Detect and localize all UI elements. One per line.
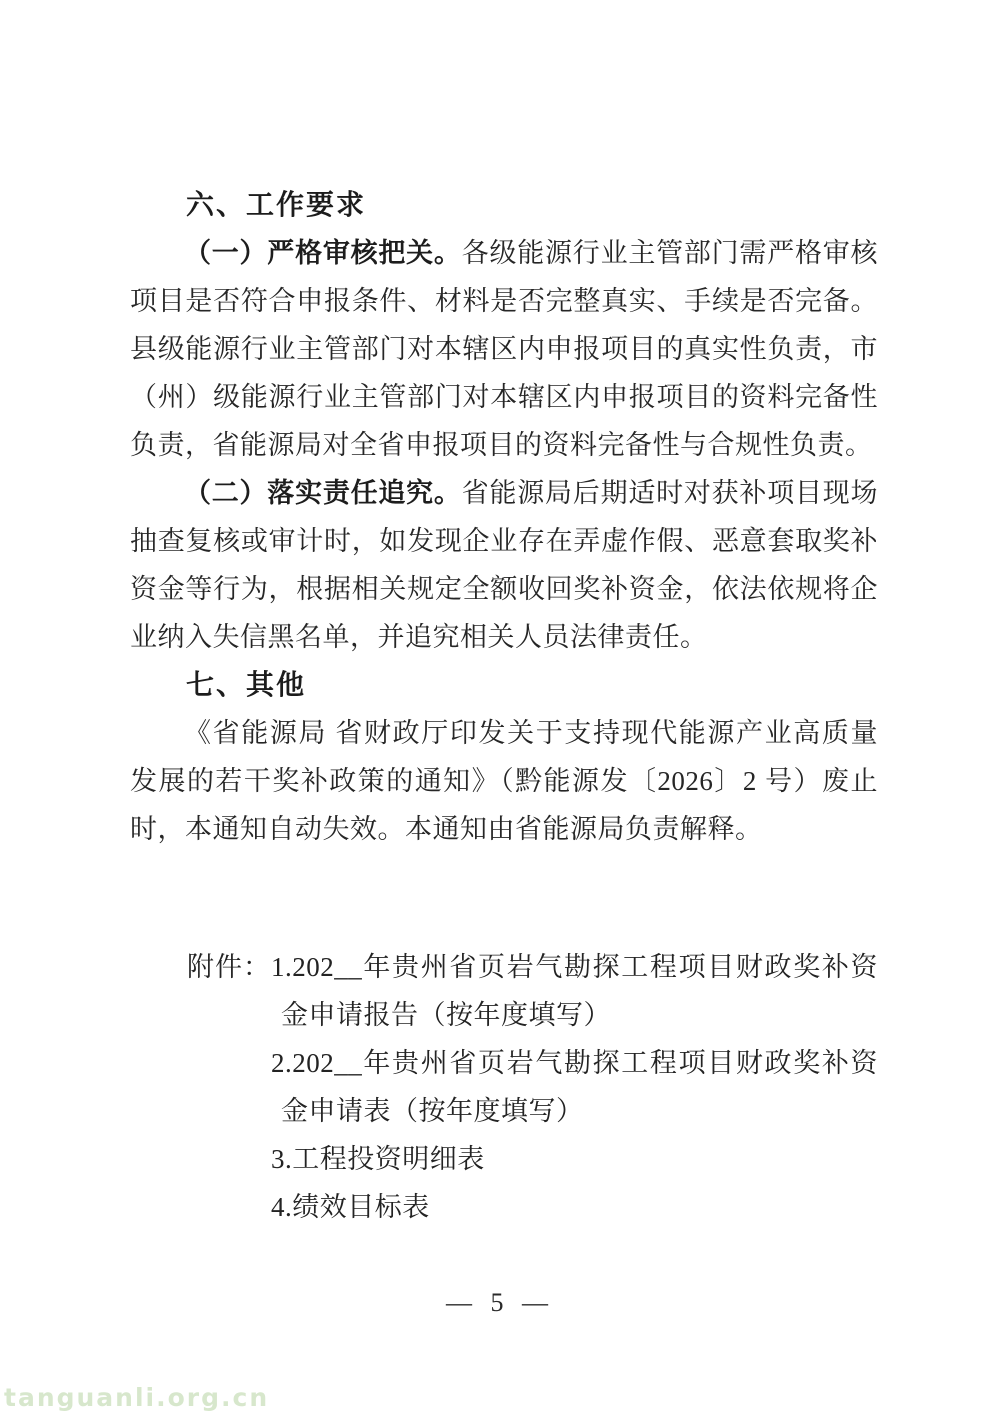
document-page: 六、工作要求 （一）严格审核把关。各级能源行业主管部门需严格审核项目是否符合申报…	[0, 0, 1000, 1414]
attachments-block: 附件： 1.202__年贵州省页岩气勘探工程项目财政奖补资金申请报告（按年度填写…	[130, 943, 878, 1231]
para-strict-review-lead: （一）严格审核把关。	[184, 238, 462, 268]
attachment-item-3: 3.工程投资明细表	[271, 1135, 878, 1183]
attachments-list: 1.202__年贵州省页岩气勘探工程项目财政奖补资金申请报告（按年度填写） 2.…	[271, 943, 878, 1231]
para-accountability: （二）落实责任追究。省能源局后期适时对获补项目现场抽查复核或审计时，如发现企业存…	[130, 469, 878, 661]
attachment-item-1: 1.202__年贵州省页岩气勘探工程项目财政奖补资金申请报告（按年度填写）	[271, 943, 878, 1039]
para-strict-review-body: 各级能源行业主管部门需严格审核项目是否符合申报条件、材料是否完整真实、手续是否完…	[130, 238, 878, 460]
attachment-item-2: 2.202__年贵州省页岩气勘探工程项目财政奖补资金申请表（按年度填写）	[271, 1039, 878, 1135]
para-strict-review: （一）严格审核把关。各级能源行业主管部门需严格审核项目是否符合申报条件、材料是否…	[130, 229, 878, 469]
page-number: — 5 —	[0, 1288, 1000, 1318]
attachments-label: 附件：	[187, 943, 271, 991]
document-body: 六、工作要求 （一）严格审核把关。各级能源行业主管部门需严格审核项目是否符合申报…	[130, 181, 878, 1231]
section-6-heading: 六、工作要求	[130, 181, 878, 229]
attachment-item-4: 4.绩效目标表	[271, 1183, 878, 1231]
para-accountability-lead: （二）落实责任追究。	[184, 478, 462, 508]
para-other: 《省能源局 省财政厅印发关于支持现代能源产业高质量发展的若干奖补政策的通知》（黔…	[130, 709, 878, 853]
section-7-heading: 七、其他	[130, 661, 878, 709]
site-watermark: tanguanli.org.cn	[4, 1383, 269, 1412]
